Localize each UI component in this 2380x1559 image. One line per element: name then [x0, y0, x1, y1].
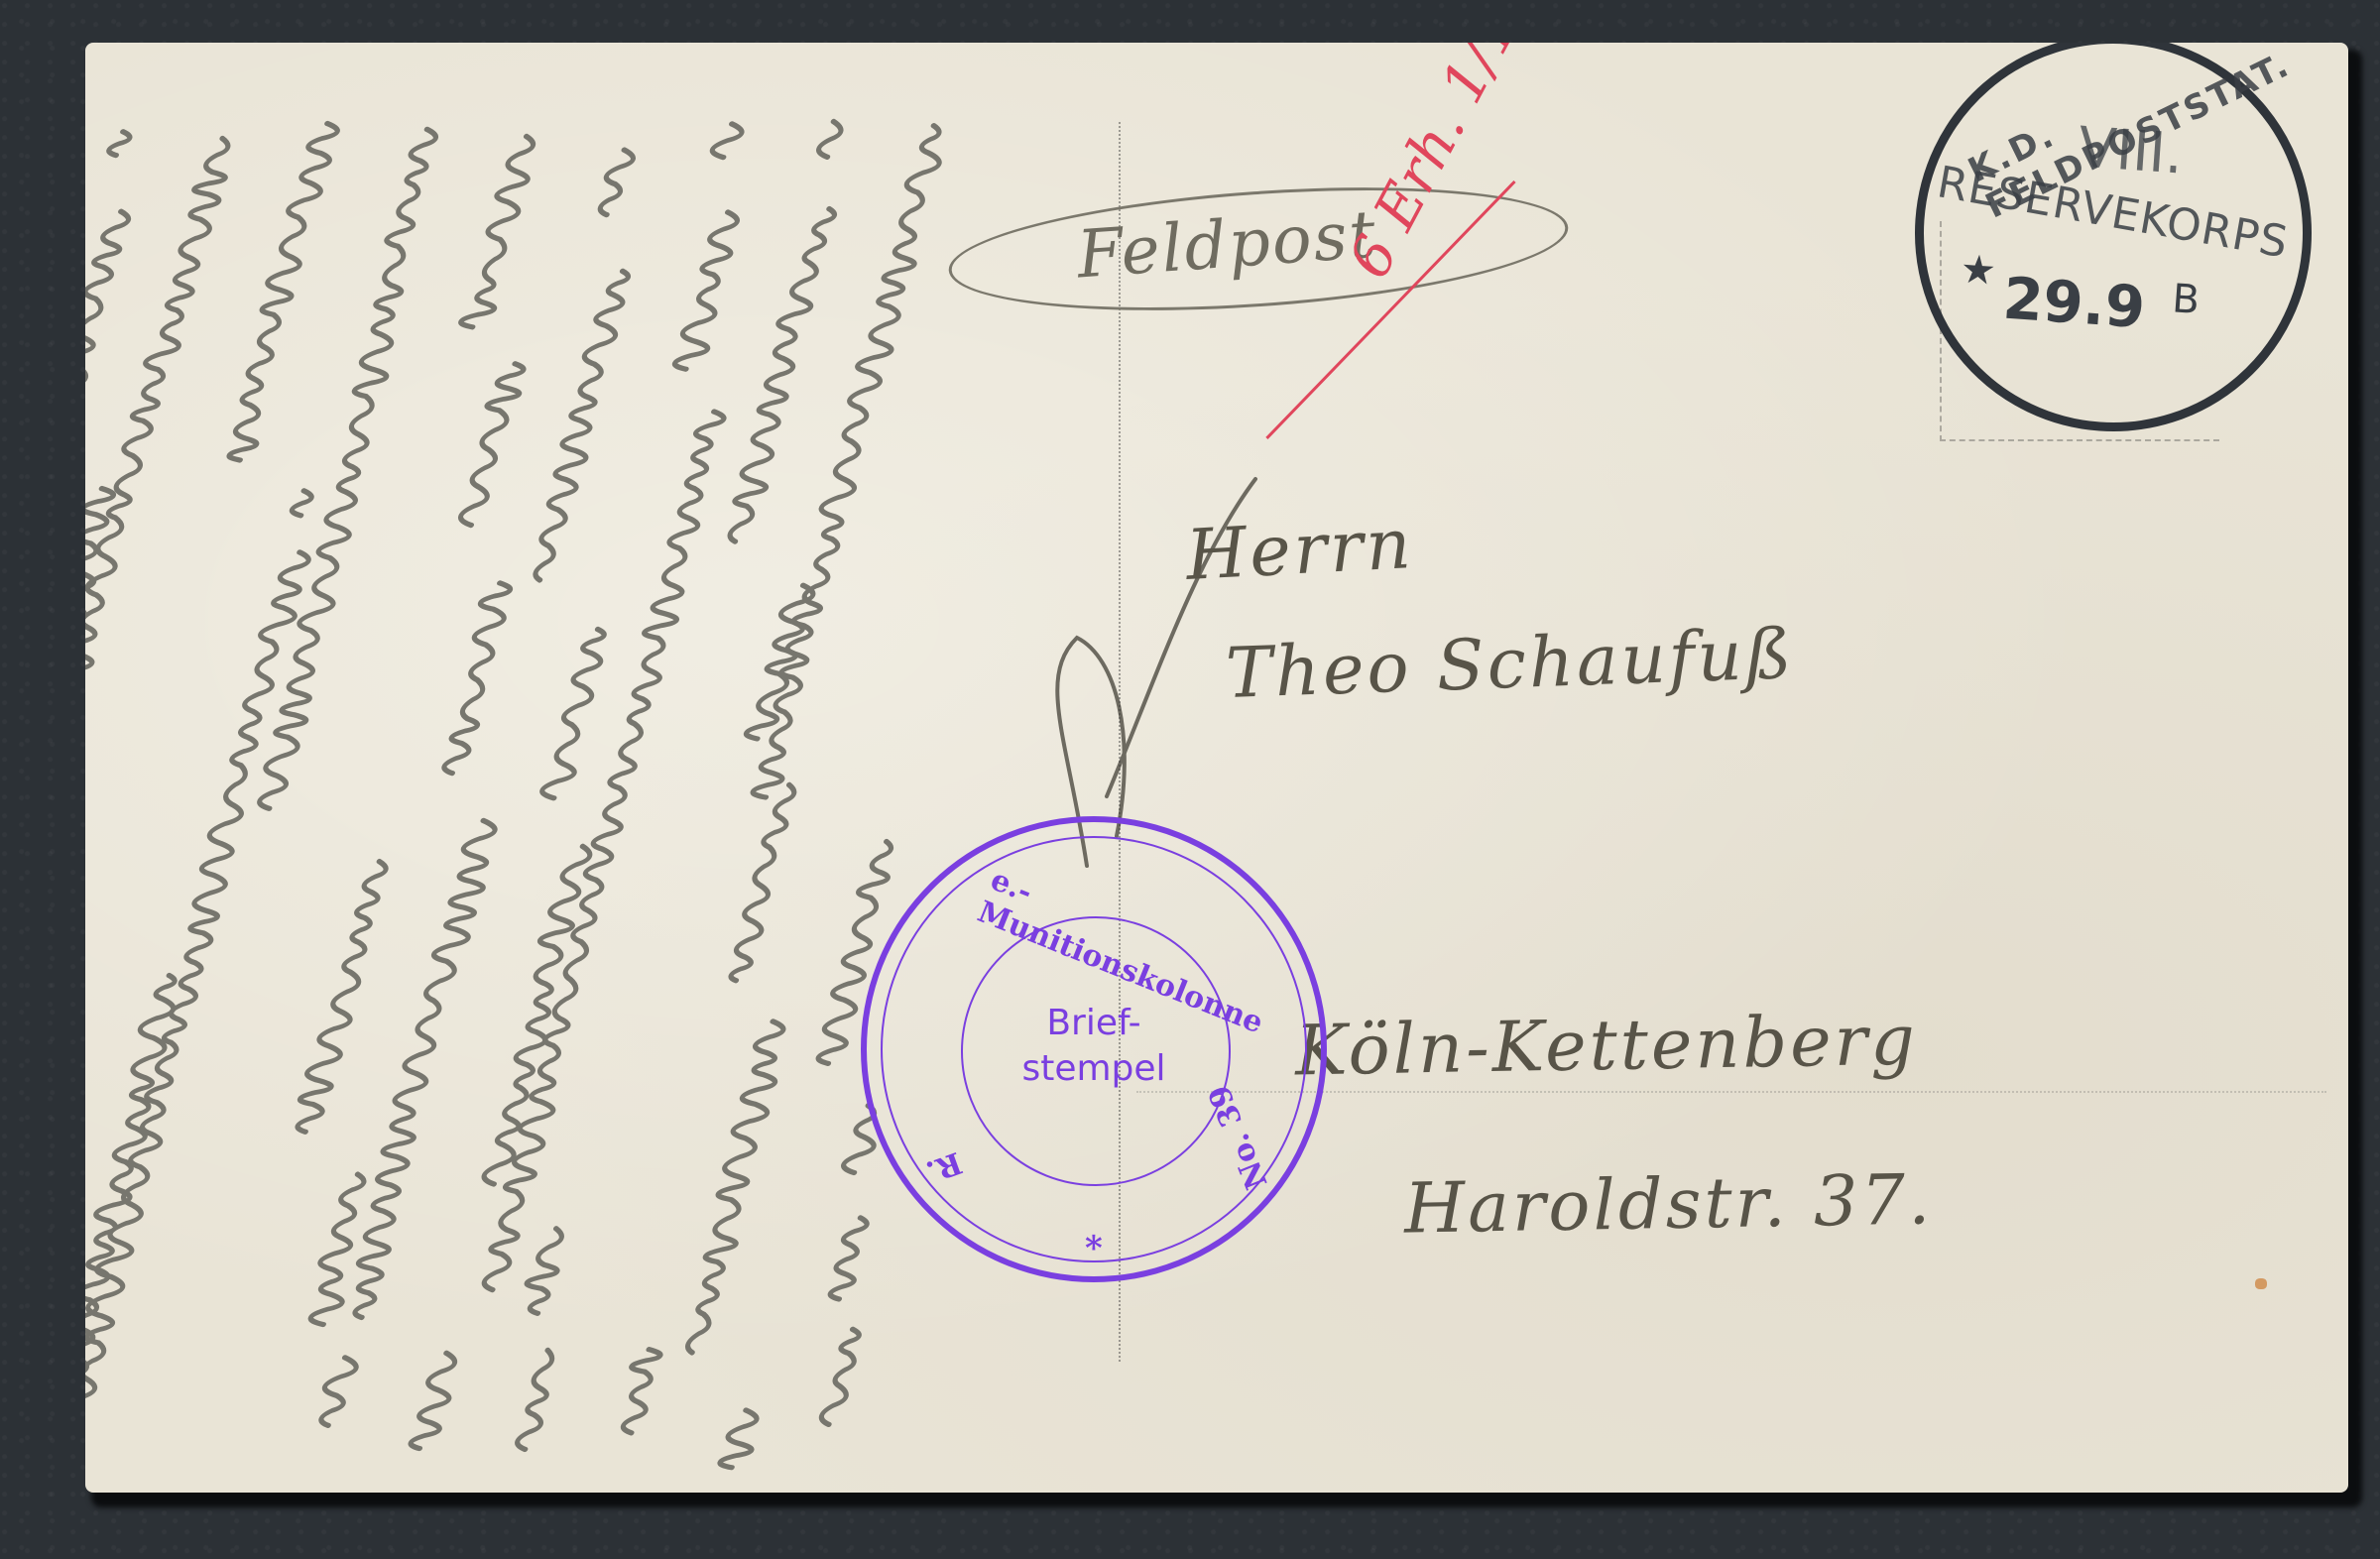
address-street: Haroldstr. 37. [1403, 1158, 1934, 1249]
address-city: Köln-Kettenberg [1294, 1000, 1918, 1092]
unit-seal: e.-Munitionskolonne No. 39 R. * Brief- s… [861, 816, 1327, 1282]
postmark-unit-number: VIII. [2077, 115, 2186, 186]
asterisk-icon: * [1085, 1229, 1103, 1268]
seal-center-line1: Brief- [867, 1001, 1321, 1046]
star-icon: ★ [1959, 246, 1997, 294]
seal-center-text: Brief- stempel [867, 1001, 1321, 1092]
stain-spot [2255, 1278, 2267, 1289]
seal-center-line2: stempel [867, 1046, 1321, 1092]
postmark-date: 29.9 [2001, 265, 2148, 342]
postcard: Feldpost 6 Erh. 1/10.15 Herrn Theo Schau… [85, 43, 2348, 1493]
postmark-letter: B [2171, 276, 2201, 323]
address-salutation: Herrn [1184, 503, 1415, 596]
